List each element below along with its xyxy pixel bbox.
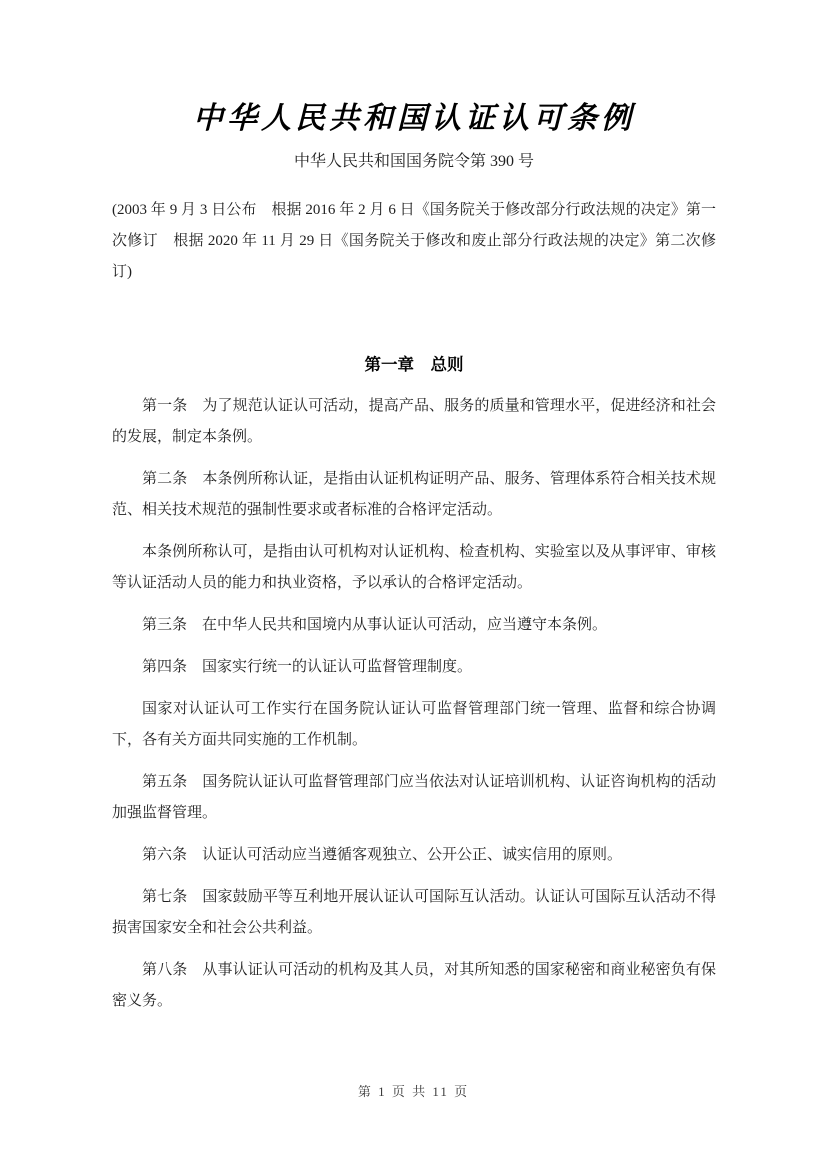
article-paragraph: 第五条 国务院认证认可监督管理部门应当依法对认证培训机构、认证咨询机构的活动加强… bbox=[112, 767, 716, 829]
article-paragraph: 第七条 国家鼓励平等互利地开展认证认可国际互认活动。认证认可国际互认活动不得损害… bbox=[112, 882, 716, 944]
article-paragraph: 国家对认证认可工作实行在国务院认证认可监督管理部门统一管理、监督和综合协调下，各… bbox=[112, 694, 716, 756]
article-body: 第一条 为了规范认证认可活动，提高产品、服务的质量和管理水平，促进经济和社会的发… bbox=[112, 391, 716, 1017]
article-paragraph: 第六条 认证认可活动应当遵循客观独立、公开公正、诚实信用的原则。 bbox=[112, 840, 716, 871]
document-title: 中华人民共和国认证认可条例 bbox=[112, 0, 716, 141]
decree-number-subtitle: 中华人民共和国国务院令第 390 号 bbox=[112, 151, 716, 173]
page-number-footer: 第 1 页 共 11 页 bbox=[0, 1084, 827, 1100]
document-page: 中华人民共和国认证认可条例 中华人民共和国国务院令第 390 号 (2003 年… bbox=[0, 0, 827, 1170]
article-paragraph: 第三条 在中华人民共和国境内从事认证认可活动，应当遵守本条例。 bbox=[112, 610, 716, 641]
article-paragraph: 第八条 从事认证认可活动的机构及其人员，对其所知悉的国家秘密和商业秘密负有保密义… bbox=[112, 955, 716, 1017]
article-paragraph: 第四条 国家实行统一的认证认可监督管理制度。 bbox=[112, 652, 716, 683]
article-paragraph: 第二条 本条例所称认证，是指由认证机构证明产品、服务、管理体系符合相关技术规范、… bbox=[112, 464, 716, 526]
chapter-heading: 第一章 总则 bbox=[112, 349, 716, 380]
article-paragraph: 本条例所称认可，是指由认可机构对认证机构、检查机构、实验室以及从事评审、审核等认… bbox=[112, 537, 716, 599]
article-paragraph: 第一条 为了规范认证认可活动，提高产品、服务的质量和管理水平，促进经济和社会的发… bbox=[112, 391, 716, 453]
promulgation-note: (2003 年 9 月 3 日公布 根据 2016 年 2 月 6 日《国务院关… bbox=[112, 195, 716, 288]
